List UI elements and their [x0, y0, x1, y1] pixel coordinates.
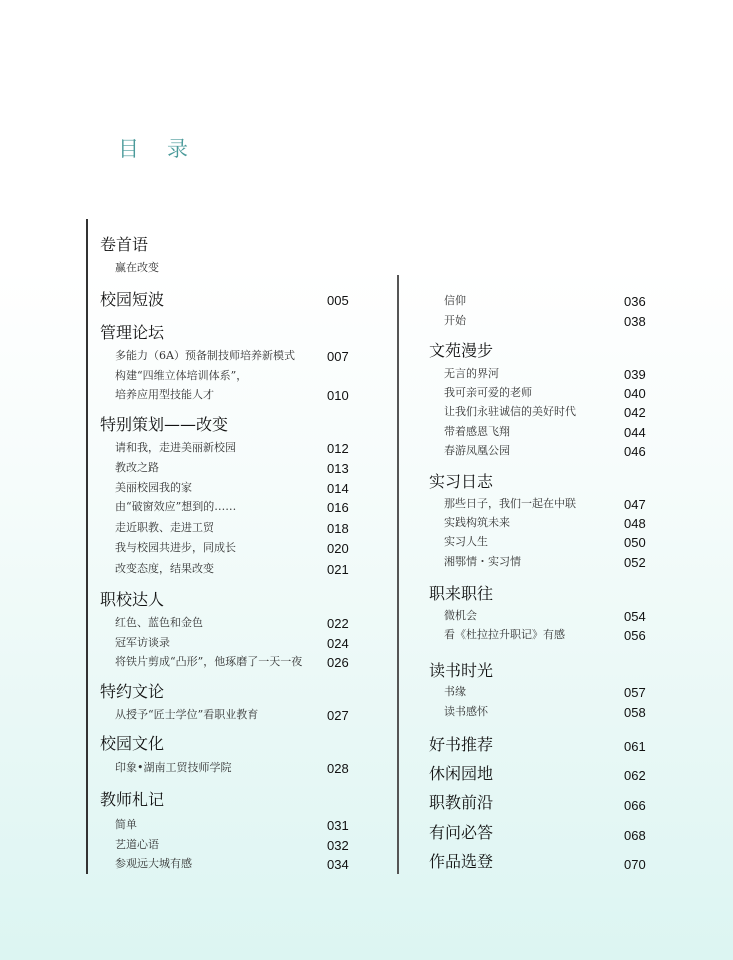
toc-item[interactable]: 开始	[444, 314, 466, 328]
toc-item[interactable]: 红色、蓝色和金色	[115, 616, 203, 630]
page-number: 056	[624, 628, 646, 644]
toc-item[interactable]: 培养应用型技能人才	[115, 388, 214, 402]
section-juanshouyu[interactable]: 卷首语	[100, 235, 148, 255]
section-qianyan[interactable]: 职教前沿	[429, 793, 493, 813]
toc-item[interactable]: 冠军访谈录	[115, 636, 170, 650]
section-xiuxian[interactable]: 休闲园地	[429, 764, 493, 784]
toc-item[interactable]: 实践构筑未来	[444, 516, 510, 530]
toc-item[interactable]: 美丽校园我的家	[115, 481, 192, 495]
toc-item[interactable]: 带着感恩飞翔	[444, 425, 510, 439]
page-number: 068	[624, 828, 646, 844]
page-number: 042	[624, 405, 646, 421]
page-number: 050	[624, 535, 646, 551]
section-zuopin[interactable]: 作品选登	[429, 852, 493, 872]
page-number: 066	[624, 798, 646, 814]
page-number: 058	[624, 705, 646, 721]
toc-item[interactable]: 构建“四维立体培训体系”，	[115, 369, 247, 383]
page-number: 010	[327, 388, 349, 404]
page-number: 016	[327, 500, 349, 516]
page-number: 038	[624, 314, 646, 330]
page-number: 027	[327, 708, 349, 724]
toc-title-char-1: 目	[118, 133, 139, 163]
section-haoshu[interactable]: 好书推荐	[429, 735, 493, 755]
section-wenhua[interactable]: 校园文化	[100, 734, 164, 754]
toc-title: 目录	[118, 133, 188, 163]
page-number: 061	[624, 739, 646, 755]
section-tebie[interactable]: 特别策划——改变	[100, 415, 228, 435]
toc-item[interactable]: 实习人生	[444, 535, 488, 549]
page-number: 024	[327, 636, 349, 652]
toc-item[interactable]: 信仰	[444, 294, 466, 308]
toc-item[interactable]: 那些日子，我们一起在中联	[444, 497, 576, 511]
toc-item[interactable]: 走近职教、走进工贸	[115, 521, 214, 535]
page-number: 036	[624, 294, 646, 310]
toc-item[interactable]: 艺道心语	[115, 838, 159, 852]
section-zhilai[interactable]: 职来职往	[429, 584, 493, 604]
right-column-divider	[397, 275, 399, 874]
section-youwen[interactable]: 有问必答	[429, 823, 493, 843]
page-number: 044	[624, 425, 646, 441]
toc-item[interactable]: 参观远大城有感	[115, 857, 192, 871]
toc-item[interactable]: 请和我，走进美丽新校园	[115, 441, 236, 455]
page-number: 021	[327, 562, 349, 578]
toc-item[interactable]: 书缘	[444, 685, 466, 699]
page-number: 039	[624, 367, 646, 383]
toc-title-char-2: 录	[167, 133, 188, 163]
section-dushu[interactable]: 读书时光	[429, 661, 493, 681]
left-column-divider	[86, 219, 88, 874]
page-number: 026	[327, 655, 349, 671]
toc-item[interactable]: 从授予“匠士学位”看职业教育	[115, 708, 258, 722]
section-teyue[interactable]: 特约文论	[100, 682, 164, 702]
toc-item[interactable]: 我与校园共进步，同成长	[115, 541, 236, 555]
page-number: 048	[624, 516, 646, 532]
page-number: 062	[624, 768, 646, 784]
page-number: 007	[327, 349, 349, 365]
page-number: 020	[327, 541, 349, 557]
page-number: 046	[624, 444, 646, 460]
page-number: 028	[327, 761, 349, 777]
page-number: 012	[327, 441, 349, 457]
page-number: 047	[624, 497, 646, 513]
page-number: 032	[327, 838, 349, 854]
page-number: 034	[327, 857, 349, 873]
page-number: 052	[624, 555, 646, 571]
page-number: 014	[327, 481, 349, 497]
section-wenyuan[interactable]: 文苑漫步	[429, 341, 493, 361]
toc-item[interactable]: 赢在改变	[115, 261, 159, 275]
toc-item[interactable]: 改变态度，结果改变	[115, 562, 214, 576]
section-shixi[interactable]: 实习日志	[429, 472, 493, 492]
toc-item[interactable]: 读书感怀	[444, 705, 488, 719]
toc-item[interactable]: 微机会	[444, 609, 477, 623]
toc-item[interactable]: 多能力（6A）预备制技师培养新模式	[115, 349, 295, 363]
page-number: 057	[624, 685, 646, 701]
section-xiaoyuanduanbo[interactable]: 校园短波	[100, 290, 164, 310]
page-number: 031	[327, 818, 349, 834]
toc-item[interactable]: 印象•湖南工贸技师学院	[115, 761, 232, 775]
page-number: 040	[624, 386, 646, 402]
toc-item[interactable]: 将铁片剪成“凸形”，他琢磨了一天一夜	[115, 655, 302, 669]
page-number: 018	[327, 521, 349, 537]
page-number: 013	[327, 461, 349, 477]
toc-item[interactable]: 无言的界河	[444, 367, 499, 381]
toc-item[interactable]: 让我们永驻诚信的美好时代	[444, 405, 576, 419]
toc-item[interactable]: 教改之路	[115, 461, 159, 475]
page-number: 070	[624, 857, 646, 873]
toc-item[interactable]: 湘鄂情・实习情	[444, 555, 521, 569]
toc-item[interactable]: 春游凤凰公园	[444, 444, 510, 458]
toc-item[interactable]: 我可亲可爱的老师	[444, 386, 532, 400]
page-number: 054	[624, 609, 646, 625]
page-number: 022	[327, 616, 349, 632]
page-number: 005	[327, 293, 349, 309]
section-daren[interactable]: 职校达人	[100, 590, 164, 610]
section-zhaji[interactable]: 教师札记	[100, 790, 164, 810]
toc-item[interactable]: 看《杜拉拉升职记》有感	[444, 628, 565, 642]
toc-item[interactable]: 简单	[115, 818, 137, 832]
section-guanli[interactable]: 管理论坛	[100, 323, 164, 343]
toc-item[interactable]: 由“破窗效应”想到的……	[115, 500, 236, 514]
